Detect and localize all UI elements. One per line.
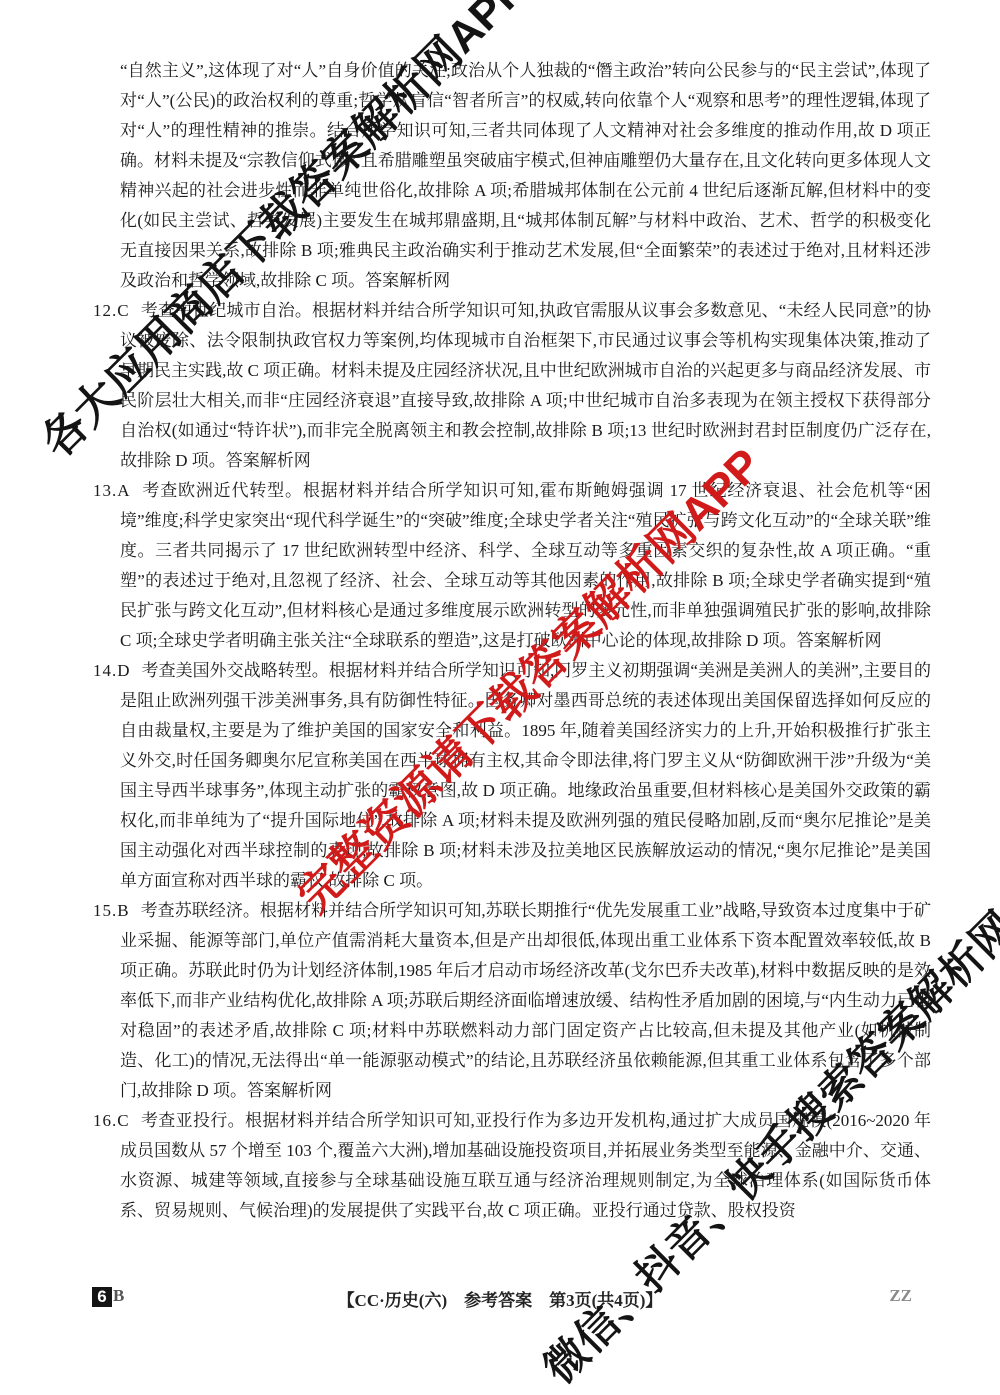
answer-number: 15.B bbox=[93, 901, 130, 920]
answer-paragraph-14: 14.D考查美国外交战略转型。根据材料并结合所学知识可知,门罗主义初期强调“美洲… bbox=[93, 656, 931, 896]
answer-content: “自然主义”,这体现了对“人”自身价值的关注;政治从个人独裁的“僭主政治”转向公… bbox=[93, 56, 931, 1226]
answer-paragraph-11-continuation: “自然主义”,这体现了对“人”自身价值的关注;政治从个人独裁的“僭主政治”转向公… bbox=[93, 56, 931, 296]
answer-number: 16.C bbox=[93, 1111, 130, 1130]
scanned-answer-page: “自然主义”,这体现了对“人”自身价值的关注;政治从个人独裁的“僭主政治”转向公… bbox=[0, 0, 1000, 1395]
answer-number: 13.A bbox=[93, 481, 131, 500]
paragraph-text: 考查亚投行。根据材料并结合所学知识可知,亚投行作为多边开发机构,通过扩大成员国规… bbox=[120, 1111, 931, 1220]
paragraph-text: “自然主义”,这体现了对“人”自身价值的关注;政治从个人独裁的“僭主政治”转向公… bbox=[120, 61, 931, 290]
paragraph-text: 考查欧洲近代转型。根据材料并结合所学知识可知,霍布斯鲍姆强调 17 世纪经济衰退… bbox=[120, 481, 931, 650]
answer-number: 14.D bbox=[93, 661, 131, 680]
paragraph-text: 考查美国外交战略转型。根据材料并结合所学知识可知,门罗主义初期强调“美洲是美洲人… bbox=[120, 661, 931, 890]
answer-paragraph-15: 15.B考查苏联经济。根据材料并结合所学知识可知,苏联长期推行“优先发展重工业”… bbox=[93, 896, 931, 1106]
paragraph-text: 考查苏联经济。根据材料并结合所学知识可知,苏联长期推行“优先发展重工业”战略,导… bbox=[120, 901, 931, 1100]
answer-paragraph-13: 13.A考查欧洲近代转型。根据材料并结合所学知识可知,霍布斯鲍姆强调 17 世纪… bbox=[93, 476, 931, 656]
answer-paragraph-16: 16.C考查亚投行。根据材料并结合所学知识可知,亚投行作为多边开发机构,通过扩大… bbox=[93, 1106, 931, 1226]
answer-paragraph-12: 12.C考查中世纪城市自治。根据材料并结合所学知识可知,执政官需服从议事会多数意… bbox=[93, 296, 931, 476]
footer-right-code: ZZ bbox=[889, 1286, 912, 1306]
page-footer: 6B 【CC·历史(六) 参考答案 第3页(共4页)】 ZZ bbox=[0, 1286, 1000, 1312]
answer-number: 12.C bbox=[93, 301, 130, 320]
footer-title-pagination: 【CC·历史(六) 参考答案 第3页(共4页)】 bbox=[0, 1286, 1000, 1311]
paragraph-text: 考查中世纪城市自治。根据材料并结合所学知识可知,执政官需服从议事会多数意见、“未… bbox=[120, 301, 931, 470]
